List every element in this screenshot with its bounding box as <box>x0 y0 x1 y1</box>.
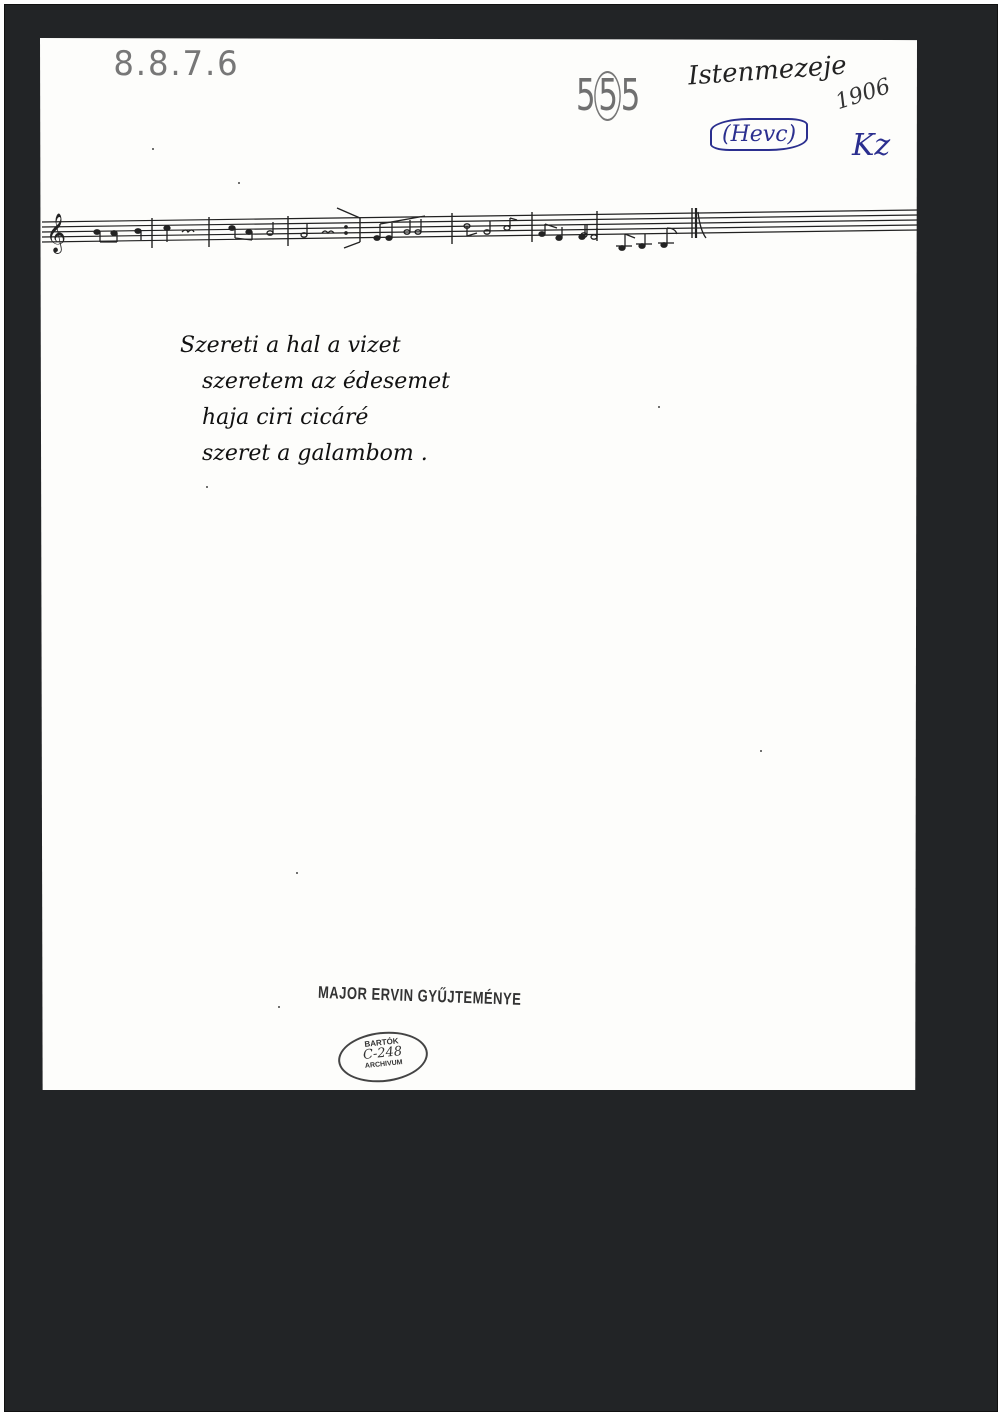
paper-speck <box>152 148 154 150</box>
collector-initials: Kz <box>852 128 890 163</box>
lyric-line: Szereti a hal a vizet <box>180 328 450 364</box>
catalog-number-suffix: 5 <box>621 70 639 121</box>
catalog-number-circled: 5 <box>594 71 621 121</box>
lyric-line: szeretem az édesemet <box>180 364 450 400</box>
music-staff: 𝄞 <box>42 186 918 256</box>
catalog-number-prefix: 5 <box>576 70 594 121</box>
song-lyrics: Szereti a hal a vizet szeretem az édesem… <box>180 328 450 472</box>
paper-speck <box>760 750 762 752</box>
pencil-code: 8.8.7.6 <box>113 44 239 84</box>
ethnic-note: (Hevc) <box>710 118 808 151</box>
lyric-line: haja ciri cicáré <box>180 400 450 436</box>
paper-speck <box>206 486 208 488</box>
treble-clef-icon: 𝄞 <box>46 213 66 254</box>
catalog-number: 555 <box>576 70 639 121</box>
paper-speck <box>296 872 298 874</box>
paper-speck <box>238 182 240 184</box>
music-notation: 𝄞 <box>42 186 918 256</box>
paper-speck <box>658 406 660 408</box>
paper-speck <box>278 1006 280 1008</box>
lyric-line: szeret a galambom . <box>180 436 450 472</box>
